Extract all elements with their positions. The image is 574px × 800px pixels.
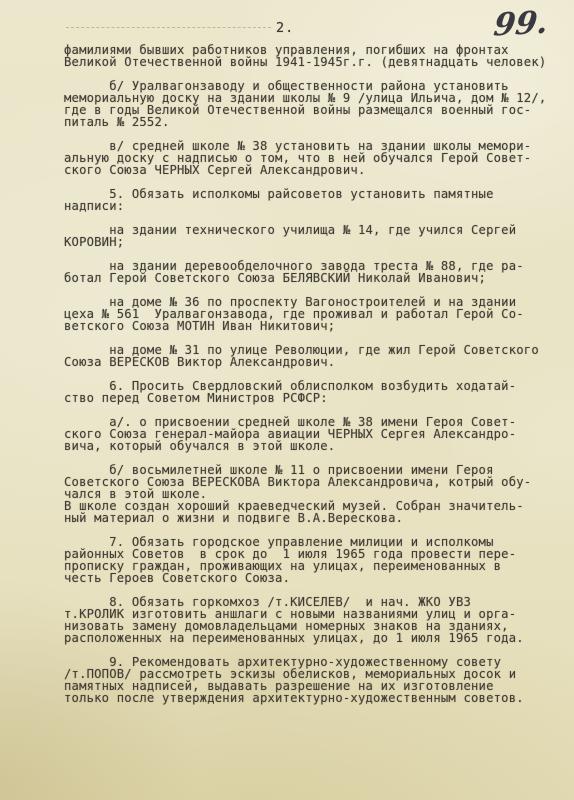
paragraph-8: 6. Просить Свердловский облисполком возб… <box>64 380 566 404</box>
typed-page-number: 2. <box>276 20 294 36</box>
text-line: ского Союза ЧЕРНЫХ Сергей Александрович. <box>64 164 566 176</box>
paragraph-5: на здании деревообделочного завода трест… <box>64 260 566 284</box>
text-line: честь Героев Советского Союза. <box>64 572 566 584</box>
text-line: только после утверждения архитектурно-ху… <box>64 692 566 704</box>
paragraph-6: на доме № 36 по проспекту Вагоностроител… <box>64 296 566 332</box>
text-line: расположенных на переименованных улицах,… <box>64 632 566 644</box>
paragraph-12: 8. Обязать горкомхоз /т.КИСЕЛЕВ/ и нач. … <box>64 596 566 644</box>
paragraph-3: 5. Обязать исполкомы райсоветов установи… <box>64 188 566 212</box>
text-line: Великой Отечественной войны 1941-1945г.г… <box>64 56 566 68</box>
paragraph-11: 7. Обязать городское управление милиции … <box>64 536 566 584</box>
paragraph-4: на здании технического училища № 14, где… <box>64 224 566 248</box>
handwritten-folio-number: 99. <box>492 4 550 43</box>
text-line: на здании технического училища № 14, где… <box>64 224 566 236</box>
paragraph-13: 9. Рекомендовать архитектурно-художестве… <box>64 656 566 704</box>
paragraph-1: б/ Уралвагонзаводу и общественности райо… <box>64 80 566 128</box>
paragraph-0: фамилиями бывших работников управления, … <box>64 44 566 68</box>
document-body: фамилиями бывших работников управления, … <box>64 44 566 716</box>
text-line: КОРОВИН; <box>64 236 566 248</box>
paragraph-7: на доме № 31 по улице Революции, где жил… <box>64 344 566 368</box>
faint-erasure-mark <box>66 27 271 28</box>
text-line: надписи: <box>64 200 566 212</box>
text-line: Союза ВЕРЕСКОВ Виктор Александрович. <box>64 356 566 368</box>
text-line: вича, который обучался в этой школе. <box>64 440 566 452</box>
paragraph-10: б/ восьмилетней школе № 11 о присвоении … <box>64 464 566 524</box>
text-line: ный материал о жизни и подвиге В.А.Верес… <box>64 512 566 524</box>
document-page: 2. 99. фамилиями бывших работников управ… <box>0 0 574 800</box>
paragraph-2: в/ средней школе № 38 установить на здан… <box>64 140 566 176</box>
text-line: ветского Союза МОТИН Иван Никитович; <box>64 320 566 332</box>
text-line: питаль № 2552. <box>64 116 566 128</box>
text-line: ство перед Советом Министров РСФСР: <box>64 392 566 404</box>
text-line: ботал Герой Советского Союза БЕЛЯВСКИЙ Н… <box>64 272 566 284</box>
paragraph-9: а/. о присвоении средней школе № 38 имен… <box>64 416 566 452</box>
text-line: 5. Обязать исполкомы райсоветов установи… <box>64 188 566 200</box>
